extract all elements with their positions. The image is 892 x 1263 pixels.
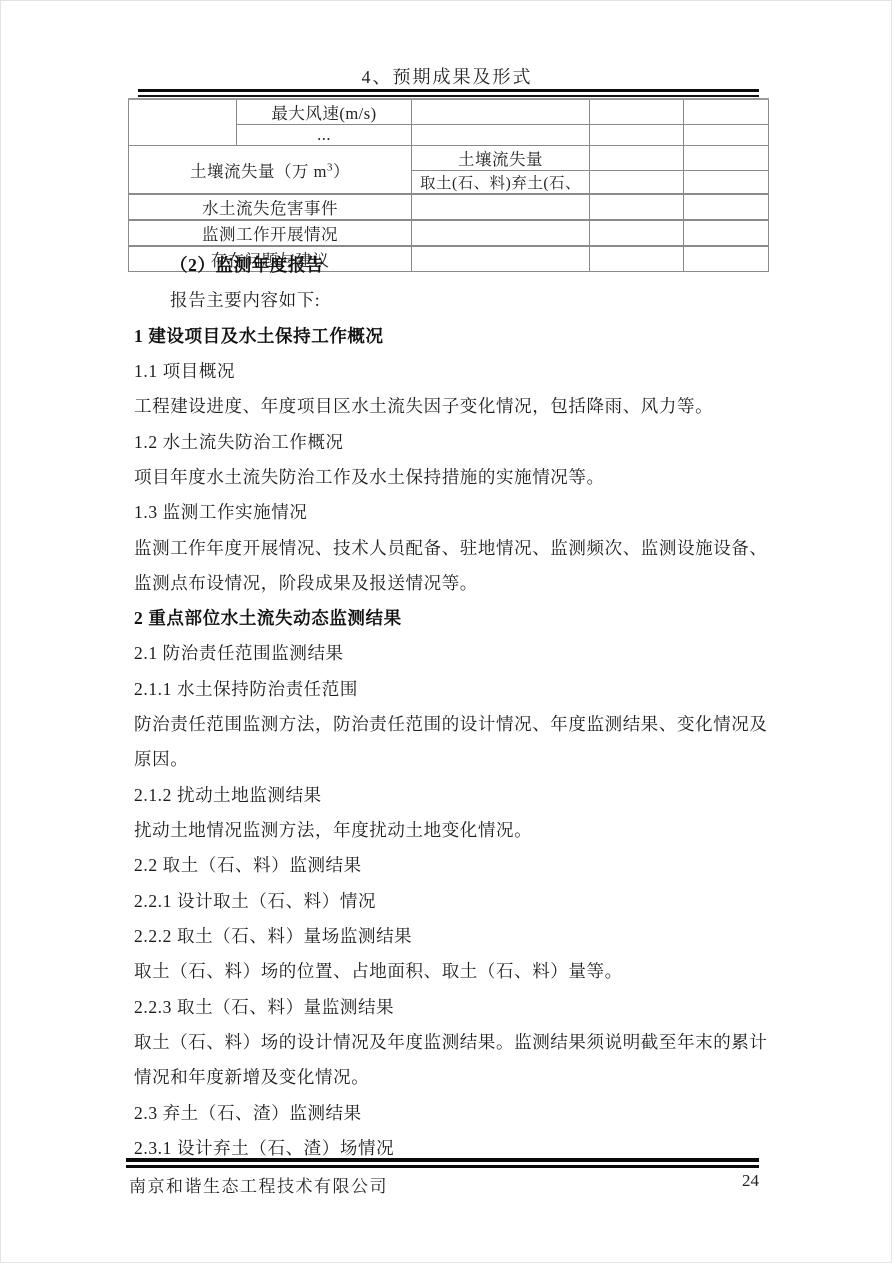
cell-ellipsis: ... (237, 125, 412, 146)
paragraph-line: 1 建设项目及水土保持工作概况 (128, 319, 776, 354)
cell-monitoring-progress: 监测工作开展情况 (129, 220, 412, 246)
cell-soil-loss-label: 土壤流失量（万 m3） (129, 146, 412, 195)
empty-cell (590, 194, 684, 220)
soil-loss-close: ） (333, 162, 350, 181)
empty-cell (412, 220, 590, 246)
paragraph-line: 监测工作年度开展情况、技术人员配备、驻地情况、监测频次、监测设施设备、 (128, 531, 776, 566)
paragraph-line: 1.3 监测工作实施情况 (128, 495, 776, 530)
paragraph-line: 工程建设进度、年度项目区水土流失因子变化情况，包括降雨、风力等。 (128, 389, 776, 424)
table-row: 监测工作开展情况 (129, 220, 769, 246)
paragraph-line: 2.1.2 扰动土地监测结果 (128, 778, 776, 813)
empty-cell (684, 171, 769, 195)
empty-cell (684, 99, 769, 125)
table-row: 最大风速(m/s) (129, 99, 769, 125)
paragraph-line: 项目年度水土流失防治工作及水土保持措施的实施情况等。 (128, 460, 776, 495)
paragraph-line: 情况和年度新增及变化情况。 (128, 1060, 776, 1095)
document-page: 4、预期成果及形式 最大风速(m/s) ... 土壤流失量（万 m3） (0, 0, 892, 1263)
paragraph-line: 2 重点部位水土流失动态监测结果 (128, 601, 776, 636)
paragraph-line: 2.2 取土（石、料）监测结果 (128, 848, 776, 883)
paragraph-line: 2.2.2 取土（石、料）量场监测结果 (128, 919, 776, 954)
paragraph-line: 扰动土地情况监测方法，年度扰动土地变化情况。 (128, 813, 776, 848)
empty-cell (684, 194, 769, 220)
empty-cell (412, 194, 590, 220)
body-text: （2）监测年度报告报告主要内容如下:1 建设项目及水土保持工作概况1.1 项目概… (128, 248, 776, 1166)
paragraph-line: 2.3 弃土（石、渣）监测结果 (128, 1096, 776, 1131)
paragraph-line: 1.2 水土流失防治工作概况 (128, 425, 776, 460)
table-row: 水土流失危害事件 (129, 194, 769, 220)
paragraph-line: 原因。 (128, 742, 776, 777)
footer-company: 南京和谐生态工程技术有限公司 (129, 1172, 388, 1197)
paragraph-line: 2.2.1 设计取土（石、料）情况 (128, 884, 776, 919)
empty-cell (412, 99, 590, 125)
empty-cell (590, 171, 684, 195)
empty-cell (412, 125, 590, 146)
empty-cell (129, 99, 237, 146)
paragraph-line: 1.1 项目概况 (128, 354, 776, 389)
paragraph-line: （2）监测年度报告 (128, 248, 776, 283)
cell-hazard-events: 水土流失危害事件 (129, 194, 412, 220)
soil-loss-text: 土壤流失量（万 m (190, 162, 327, 181)
table-row: 土壤流失量（万 m3） 土壤流失量 (129, 146, 769, 171)
header-double-rule (138, 89, 759, 97)
cell-max-wind-speed: 最大风速(m/s) (237, 99, 412, 125)
empty-cell (590, 99, 684, 125)
paragraph-line: 报告主要内容如下: (128, 283, 776, 318)
footer-double-rule (126, 1158, 759, 1168)
empty-cell (590, 220, 684, 246)
cell-soil-loss-subdetail: 取土(石、料)弃土(石、 (412, 171, 590, 195)
paragraph-line: 2.2.3 取土（石、料）量监测结果 (128, 990, 776, 1025)
paragraph-line: 监测点布设情况，阶段成果及报送情况等。 (128, 566, 776, 601)
empty-cell (684, 125, 769, 146)
page-number: 24 (691, 1171, 759, 1191)
page-title: 4、预期成果及形式 (1, 63, 892, 89)
empty-cell (590, 125, 684, 146)
paragraph-line: 取土（石、料）场的设计情况及年度监测结果。监测结果须说明截至年末的累计 (128, 1025, 776, 1060)
monitoring-results-table: 最大风速(m/s) ... 土壤流失量（万 m3） 土壤流失量 取土(石、料)弃… (128, 98, 769, 272)
paragraph-line: 2.1.1 水土保持防治责任范围 (128, 672, 776, 707)
empty-cell (684, 220, 769, 246)
empty-cell (684, 146, 769, 171)
paragraph-line: 防治责任范围监测方法，防治责任范围的设计情况、年度监测结果、变化情况及 (128, 707, 776, 742)
empty-cell (590, 146, 684, 171)
paragraph-line: 2.1 防治责任范围监测结果 (128, 636, 776, 671)
paragraph-line: 取土（石、料）场的位置、占地面积、取土（石、料）量等。 (128, 954, 776, 989)
cell-soil-loss-subheader: 土壤流失量 (412, 146, 590, 171)
